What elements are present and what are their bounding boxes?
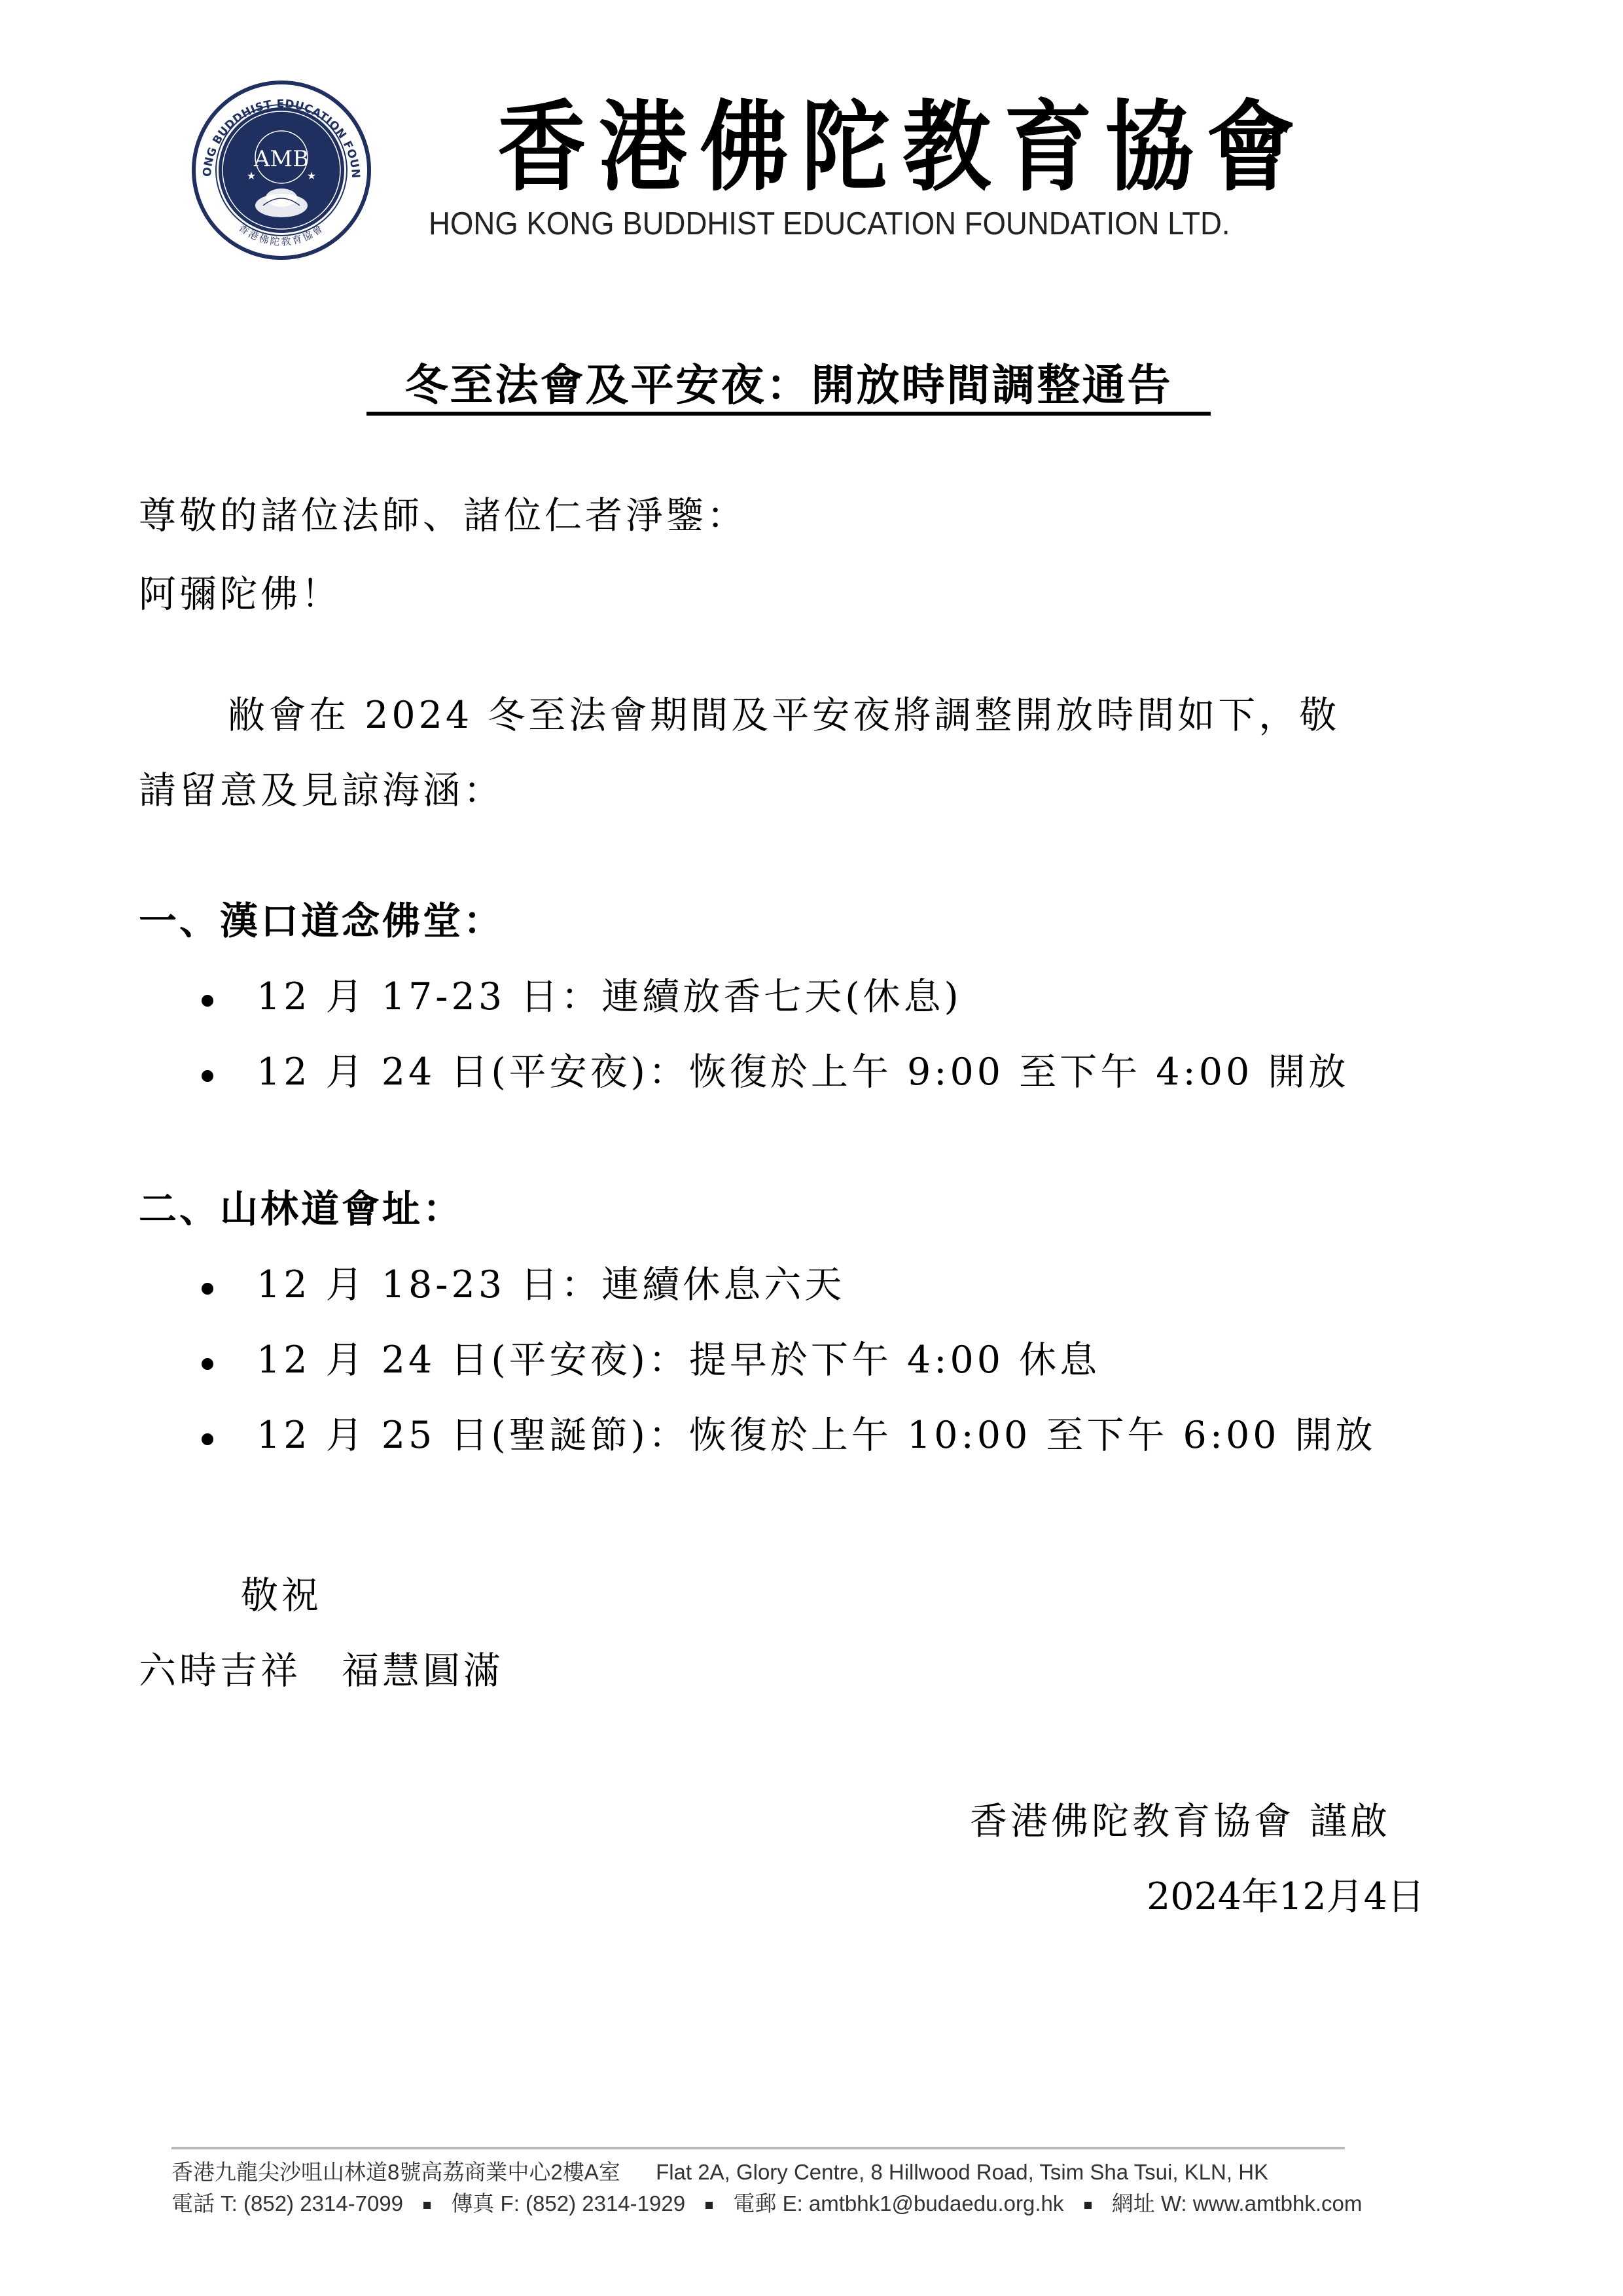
footer-address-line: 香港九龍尖沙咀山林道8號高荔商業中心2樓A室 Flat 2A, Glory Ce… <box>171 2161 1268 2183</box>
footer-divider <box>171 2147 1345 2149</box>
schedule-text: 12 月 24 日(平安夜)：提早於下午 4:00 休息 <box>257 1342 1100 1379</box>
schedule-text: 12 月 17-23 日：連續放香七天(休息) <box>257 978 962 1016</box>
separator-square-icon <box>1084 2202 1092 2209</box>
date: 2024年12月4日 <box>1147 1878 1425 1916</box>
schedule-text: 12 月 18-23 日：連續休息六天 <box>257 1266 845 1304</box>
org-name-zh: 香港佛陀教育協會 <box>497 98 1308 196</box>
email-link[interactable]: 電郵 E: amtbhk1@budaedu.org.hk <box>733 2191 1063 2215</box>
bullet-icon <box>202 1070 213 1082</box>
intro-line-1: 敝會在 2024 冬至法會期間及平安夜將調整開放時間如下，敬 <box>228 697 1340 734</box>
salutation: 尊敬的諸位法師、諸位仁者淨鑒： <box>139 497 747 535</box>
schedule-text: 12 月 25 日(聖誕節)：恢復於上午 10:00 至下午 6:00 開放 <box>257 1417 1376 1454</box>
bullet-icon <box>202 1283 213 1295</box>
svg-text:★: ★ <box>307 170 316 182</box>
address-en: Flat 2A, Glory Centre, 8 Hillwood Road, … <box>656 2160 1268 2184</box>
intro-line-2: 請留意及見諒海涵： <box>139 772 504 810</box>
notice-title: 冬至法會及平安夜：開放時間調整通告 <box>366 363 1211 416</box>
address-zh: 香港九龍尖沙咀山林道8號高荔商業中心2樓A室 <box>171 2160 620 2184</box>
svg-text:AMB: AMB <box>253 146 309 172</box>
phone: 電話 T: (852) 2314-7099 <box>171 2191 403 2215</box>
greeting: 阿彌陀佛！ <box>139 576 342 613</box>
section-heading: 一、漢口道念佛堂： <box>139 902 504 940</box>
foundation-seal-logo: HONG KONG BUDDHIST EDUCATION FOUNDATION … <box>191 80 372 260</box>
fax: 傳真 F: (852) 2314-1929 <box>451 2191 685 2215</box>
website-link[interactable]: 網址 W: www.amtbhk.com <box>1112 2191 1363 2215</box>
footer-contact-line: 電話 T: (852) 2314-7099 傳真 F: (852) 2314-1… <box>171 2193 1362 2214</box>
svg-text:★: ★ <box>247 170 256 182</box>
schedule-text: 12 月 24 日(平安夜)：恢復於上午 9:00 至下午 4:00 開放 <box>257 1054 1349 1091</box>
closing-blessing: 六時吉祥 福慧圓滿 <box>139 1653 504 1690</box>
bullet-icon <box>202 1433 213 1445</box>
bullet-icon <box>202 1358 213 1370</box>
org-name-en: HONG KONG BUDDHIST EDUCATION FOUNDATION … <box>429 208 1230 240</box>
closing-respectfully: 敬祝 <box>241 1577 322 1615</box>
bullet-icon <box>202 995 213 1007</box>
separator-square-icon <box>423 2202 431 2209</box>
separator-square-icon <box>705 2202 713 2209</box>
section-heading: 二、山林道會址： <box>139 1190 463 1228</box>
signature: 香港佛陀教育協會 謹啟 <box>970 1803 1391 1840</box>
